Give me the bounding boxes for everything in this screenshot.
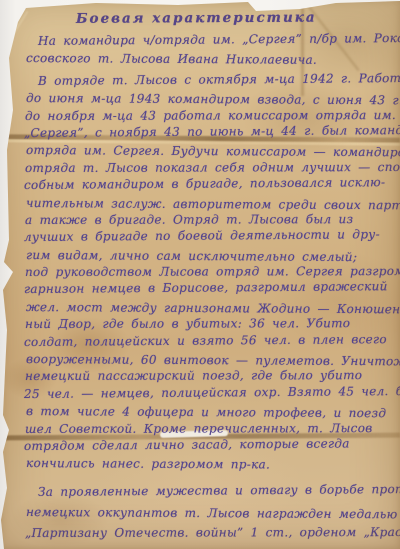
handwritten-line: лучших в бригаде по боевой деятельности … — [24, 226, 392, 246]
handwritten-line: отрядом сделал лично засад, которые всег… — [24, 435, 392, 455]
handwritten-line: „Партизану Отечеств. войны” 1 ст., орден… — [25, 522, 392, 543]
paragraph: За проявленные мужества и отвагу в борьб… — [24, 482, 392, 544]
handwritten-line: 25 чел. — немцев, полицейская охр. Взято… — [24, 383, 392, 403]
handwritten-line: гарнизон немцев в Борисове, разгромил вр… — [24, 279, 392, 299]
paragraph: На командира ч/отряда им. „Сергея” п/бр … — [24, 33, 392, 68]
handwritten-line: За проявленные мужества и отвагу в борьб… — [24, 479, 392, 502]
handwritten-line: На командира ч/отряда им. „Сергея” п/бр … — [24, 30, 392, 50]
handwritten-line: солдат, полицейских и взято 56 чел. в пл… — [24, 331, 392, 351]
handwritten-line: В отряде т. Лысов с октября м-ца 1942 г.… — [24, 70, 392, 90]
paper-sheet: Боевая характеристика На командира ч/отр… — [0, 0, 400, 549]
document-title: Боевая характеристика — [76, 9, 392, 27]
handwritten-line: ссовского т. Лысова Ивана Николаевича. — [26, 50, 392, 70]
handwritten-line: собным командиром в бригаде, пользовался… — [24, 174, 392, 194]
handwritten-text: Боевая характеристика На командира ч/отр… — [0, 0, 400, 549]
paragraph: В отряде т. Лысов с октября м-ца 1942 г.… — [24, 73, 392, 473]
handwritten-line: „Сергея”, с ноября 43 по июнь м-ц 44 г. … — [24, 122, 392, 142]
document-photo: Боевая характеристика На командира ч/отр… — [0, 0, 400, 549]
text-body: На командира ч/отряда им. „Сергея” п/бр … — [24, 33, 392, 543]
handwritten-line: кончились нанес. разгромом пр-ка. — [26, 455, 392, 475]
